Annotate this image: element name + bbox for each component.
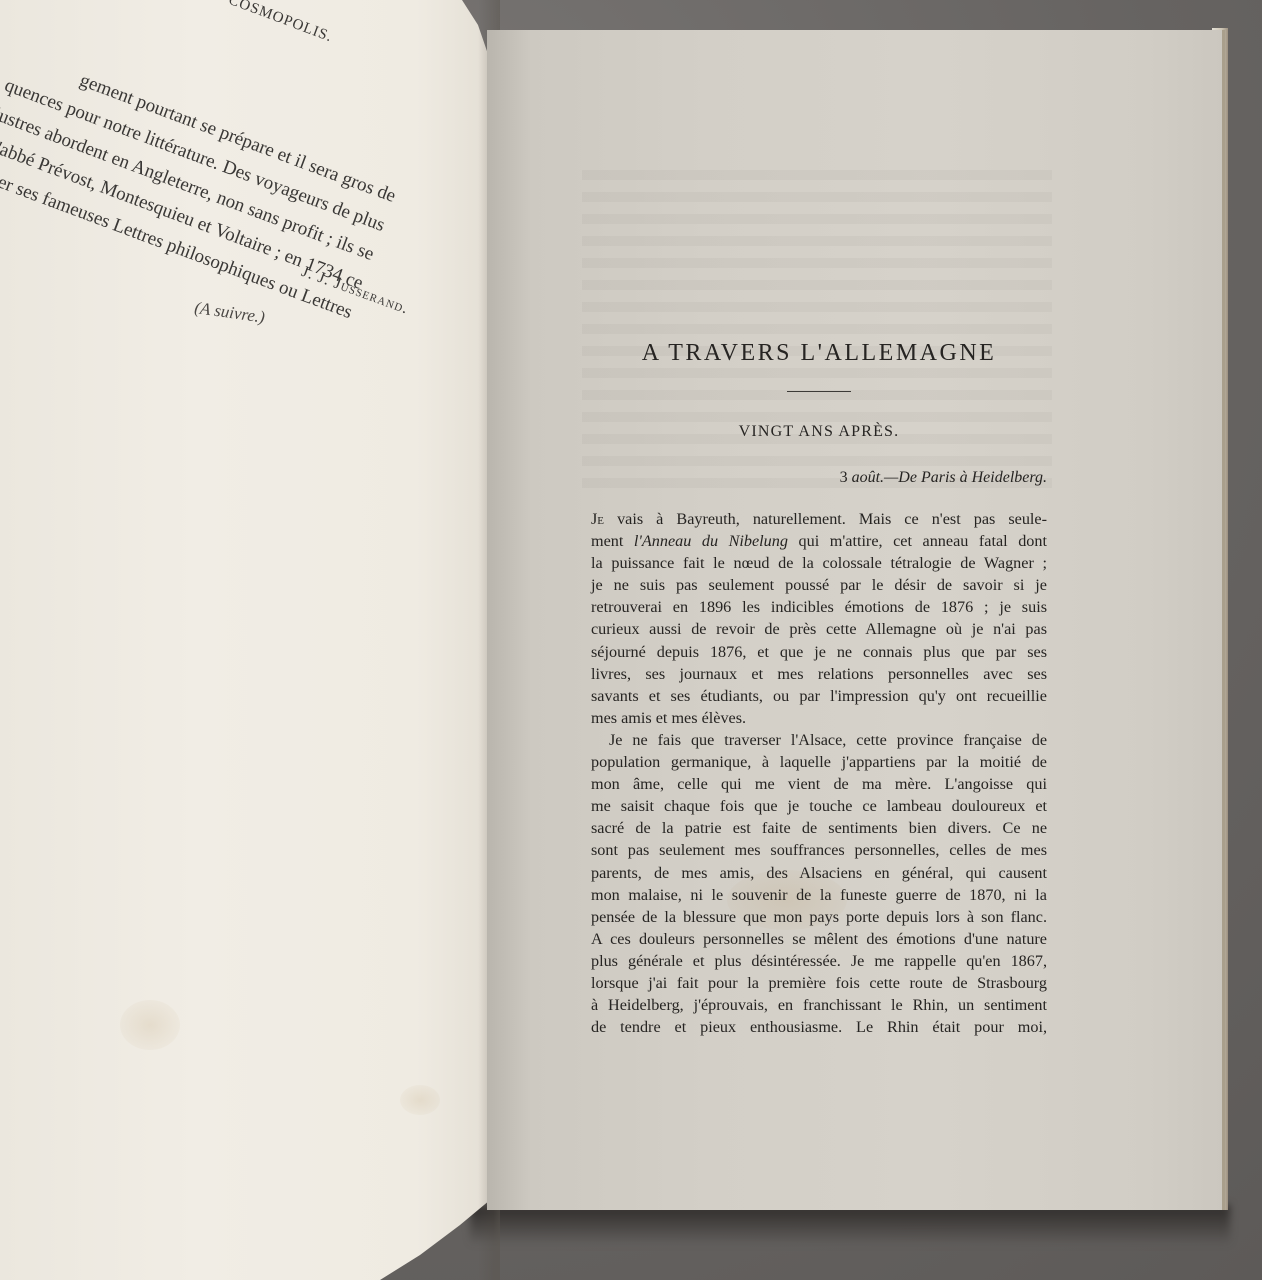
- dropcap: Je: [591, 510, 604, 528]
- dateline-day: 3: [840, 469, 848, 486]
- text-line: pensée de la blessure que mon pays porte…: [591, 906, 1047, 928]
- book-shadow: [470, 1205, 1230, 1245]
- book-title-italic: l'Anneau du Nibelung: [634, 532, 788, 550]
- text-line: Je vais à Bayreuth, naturellement. Mais …: [591, 508, 1047, 530]
- text-line: savants et ses étudiants, ou par l'impre…: [591, 685, 1047, 707]
- text-line: Je ne fais que traverser l'Alsace, cette…: [591, 729, 1047, 751]
- text-line: curieux aussi de revoir de près cette Al…: [591, 618, 1047, 640]
- text-line: ment l'Anneau du Nibelung qui m'attire, …: [591, 530, 1047, 552]
- paper-stain: [120, 1000, 180, 1050]
- text-line: population germanique, à laquelle j'appa…: [591, 751, 1047, 773]
- text-line: séjourné depuis 1876, et que je ne conna…: [591, 641, 1047, 663]
- text-line: A ces douleurs personnelles se mêlent de…: [591, 928, 1047, 950]
- text-line: lorsque j'ai fait pour la première fois …: [591, 972, 1047, 994]
- paragraph-1: Je vais à Bayreuth, naturellement. Mais …: [591, 508, 1047, 729]
- text-line: mon âme, celle qui me vient de ma mère. …: [591, 773, 1047, 795]
- right-page: A TRAVERS L'ALLEMAGNE VINGT ANS APRÈS. 3…: [487, 30, 1225, 1210]
- text-line: sacré de la patrie est faite de sentimen…: [591, 817, 1047, 839]
- text-line: de tendre et pieux enthousiasme. Le Rhin…: [591, 1016, 1047, 1038]
- article: A TRAVERS L'ALLEMAGNE VINGT ANS APRÈS. 3…: [591, 340, 1047, 1038]
- paper-stain: [400, 1085, 440, 1115]
- text-line: plus générale et plus désintéressée. Je …: [591, 950, 1047, 972]
- text-line: me saisit chaque fois que je touche ce l…: [591, 795, 1047, 817]
- text-line: mon malaise, ni le souvenir de la funest…: [591, 884, 1047, 906]
- text-line: parents, de mes amis, des Alsaciens en g…: [591, 862, 1047, 884]
- article-subtitle: VINGT ANS APRÈS.: [591, 423, 1047, 441]
- text-line: je ne suis pas seulement poussé par le d…: [591, 574, 1047, 596]
- text-line: mes amis et mes élèves.: [591, 707, 1047, 729]
- text-line: sont pas seulement mes souffrances perso…: [591, 839, 1047, 861]
- title-rule: [787, 391, 851, 392]
- text-fragment: vais à Bayreuth, naturellement. Mais ce …: [604, 510, 1047, 528]
- dateline: 3 août.—De Paris à Heidelberg.: [591, 469, 1047, 487]
- dateline-text: août.—De Paris à Heidelberg.: [852, 469, 1047, 486]
- body-text: Je vais à Bayreuth, naturellement. Mais …: [591, 508, 1047, 1038]
- text-line: à Heidelberg, j'éprouvais, en franchissa…: [591, 994, 1047, 1016]
- text-line: la puissance fait le nœud de la colossal…: [591, 552, 1047, 574]
- text-line: retrouverai en 1896 les indicibles émoti…: [591, 596, 1047, 618]
- paragraph-2: Je ne fais que traverser l'Alsace, cette…: [591, 729, 1047, 1038]
- text-line: livres, ses journaux et mes relations pe…: [591, 663, 1047, 685]
- running-head: COSMOPOLIS.: [226, 0, 335, 46]
- article-title: A TRAVERS L'ALLEMAGNE: [591, 340, 1047, 367]
- left-page: COSMOPOLIS. gement pourtant se prépare e…: [0, 0, 490, 1280]
